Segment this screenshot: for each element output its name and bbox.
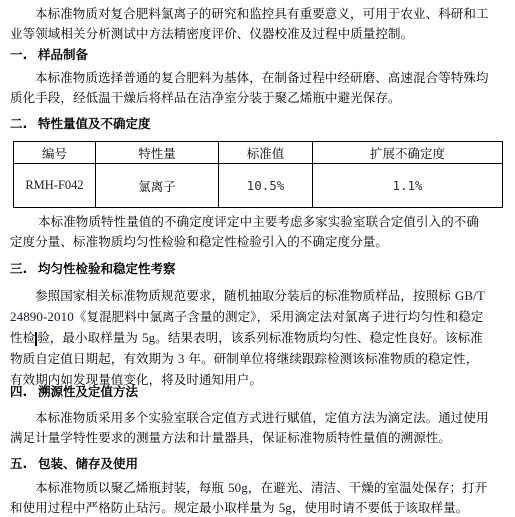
section-3-heading: 三.均匀性检验和稳定性考察	[10, 261, 176, 277]
characteristic-value-table: 编号 特性量 标准值 扩展不确定度 RMH-F042 氯离子 10.5% 1.1…	[13, 141, 503, 208]
bottle-mass: 50g	[228, 480, 248, 495]
section-5-number: 五.	[10, 456, 38, 472]
section-4-title: 溯源性及定值方法	[38, 384, 138, 399]
header-id: 编号	[14, 142, 96, 164]
section-2-title: 特性量值及不确定度	[38, 116, 151, 131]
section-3-paragraph: 参照国家相关标准物质规范要求，随机抽取分装后的标准物质样品，按照标 GB/T 2…	[10, 285, 490, 390]
cell-standard-value: 10.5%	[219, 164, 313, 208]
section-2-number: 二.	[10, 116, 38, 132]
section-5-title: 包装、储存及使用	[38, 456, 138, 471]
header-property: 特性量	[96, 142, 219, 164]
section-5-heading: 五.包装、储存及使用	[10, 456, 138, 472]
section-1-title: 样品制备	[38, 47, 88, 62]
section-5-paragraph: 本标准物质以聚乙烯瓶封装，每瓶 50g，在避光、清洁、干燥的室温处保存；打开和使…	[10, 478, 490, 517]
header-standard-value: 标准值	[219, 142, 313, 164]
section-2-heading: 二.特性量值及不确定度	[10, 116, 151, 132]
section-1-number: 一.	[10, 47, 38, 63]
section-4-heading: 四.溯源性及定值方法	[10, 384, 138, 400]
text-run: ，使用时请不要低于该取样量。	[292, 500, 468, 515]
text-run: 验，最小取样量为	[37, 330, 142, 345]
section-3-title: 均匀性检验和稳定性考察	[38, 261, 176, 276]
min-sample-amount: 5g	[279, 500, 292, 515]
table-row: RMH-F042 氯离子 10.5% 1.1%	[14, 164, 503, 208]
intro-paragraph: 本标准物质对复合肥料氯离子的研究和监控具有重要意义，可用于农业、科研和工业等领域…	[10, 4, 490, 43]
text-run: 参照国家相关标准物质规范要求，随机抽取分装后的标准物质样品，按照标	[35, 288, 455, 303]
header-expanded-uncertainty: 扩展不确定度	[313, 142, 503, 164]
section-4-paragraph: 本标准物质采用多个实验室联合定值方式进行赋值，定值方法为滴定法。通过使用满足计量…	[10, 408, 490, 447]
table-header-row: 编号 特性量 标准值 扩展不确定度	[14, 142, 503, 164]
section-1-heading: 一.样品制备	[10, 47, 88, 63]
section-4-number: 四.	[10, 384, 38, 400]
min-sample-amount: 5g	[142, 330, 155, 345]
text-run: 本标准物质以聚乙烯瓶封装，每瓶	[35, 480, 228, 495]
cell-property: 氯离子	[96, 164, 219, 208]
section-1-paragraph: 本标准物质选择普通的复合肥料为基体，在制备过程中经研磨、高速混合等特殊均质化手段…	[10, 68, 490, 107]
cell-expanded-uncertainty: 1.1%	[313, 164, 503, 208]
cell-id: RMH-F042	[14, 164, 96, 208]
section-2-paragraph: 本标准物质特性量值的不确定度评定中主要考虑多家实验室联合定值引入的不确定度分量、…	[10, 212, 490, 251]
section-3-number: 三.	[10, 261, 38, 277]
